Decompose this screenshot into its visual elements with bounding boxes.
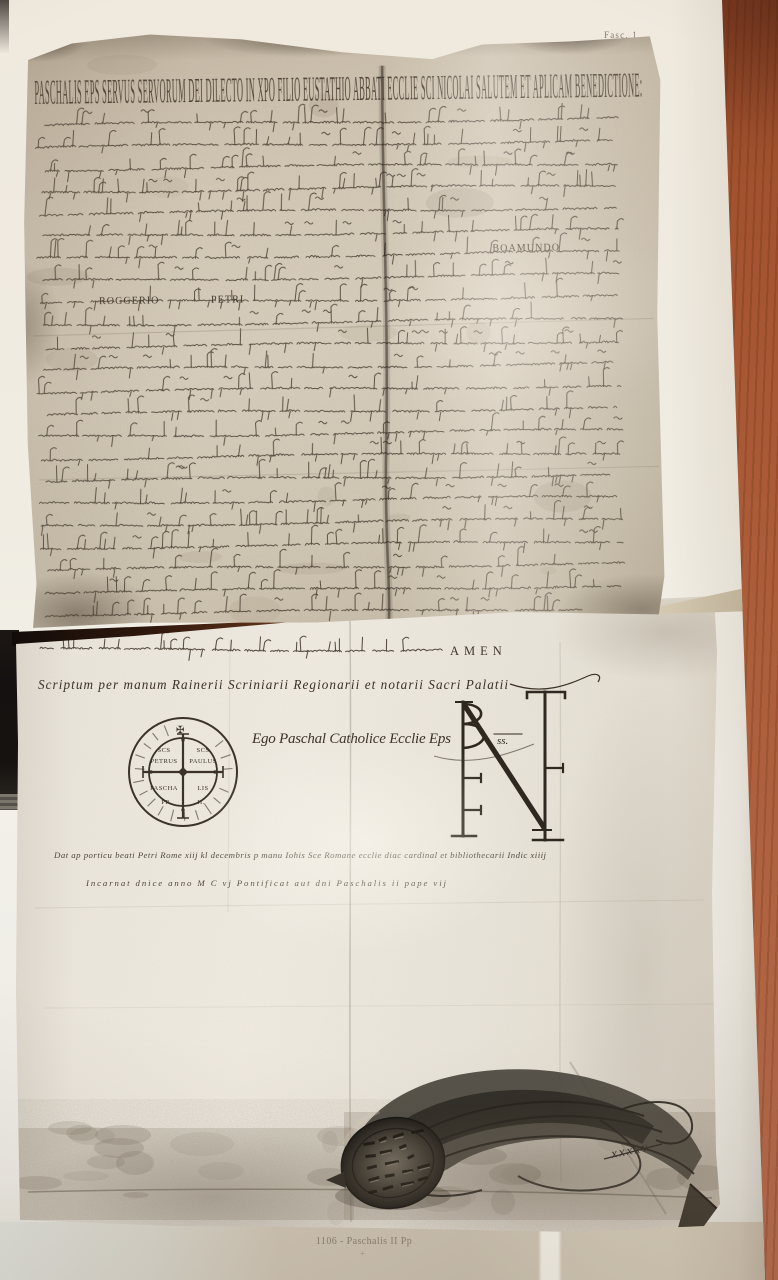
- rota-seal-sign: SCSPETRUSSCSPAULUSPASCHALISPP.II.✠: [129, 718, 237, 826]
- rota-label: LIS: [197, 785, 208, 792]
- plate-gap-shadow: [0, 630, 19, 796]
- rota-label: PETRUS: [151, 758, 178, 765]
- plate-mark: [149, 770, 152, 773]
- page-edge-streaks: [0, 794, 19, 810]
- facsimile-plate-upper: PASCHALIS EPS SERVUS SERVORUM DEI DILECT…: [10, 16, 669, 632]
- papal-subscription: Ego Paschal Catholice Ecclie Eps: [251, 731, 452, 747]
- rota-ring-letter: [224, 769, 233, 770]
- capital-word: ROGGERIO: [99, 295, 160, 307]
- monogram-superscript: ss.: [497, 735, 508, 747]
- rota-label: SCS: [158, 747, 171, 754]
- rota-label: PASCHA: [150, 785, 178, 792]
- datum-line: Incarnat dnice anno M C vj Pontificat au…: [85, 878, 447, 888]
- book-page-bottom-band: [0, 1222, 778, 1280]
- protocol-line: PASCHALIS EPS SERVUS SERVORUM DEI DILECT…: [34, 65, 642, 112]
- caption-mark: +: [360, 1249, 365, 1258]
- capital-word: BOAMUNDO: [492, 243, 560, 255]
- scriptum-line: Scriptum per manum Rainerii Scriniarii R…: [38, 677, 508, 692]
- book-page: Fasc. 1 AMENScriptum per manum Rainerii …: [0, 0, 778, 1280]
- lower-plate-drawing: AMENScriptum per manum Rainerii Scriniar…: [14, 592, 720, 1238]
- photo-scene: Fasc. 1 AMENScriptum per manum Rainerii …: [0, 0, 778, 1280]
- amen-word: AMEN: [450, 644, 507, 658]
- plate-mark: [181, 808, 184, 811]
- plate-mark: [213, 770, 216, 773]
- plate-mark: [181, 738, 184, 741]
- rota-label: PAULUS: [189, 758, 216, 765]
- plate-caption: 1106 - Paschalis II Pp: [252, 1236, 476, 1247]
- rota-cross-symbol: ✠: [176, 725, 184, 736]
- rota-label: SCS: [197, 747, 210, 754]
- facsimile-plate-lower: AMENScriptum per manum Rainerii Scriniar…: [14, 592, 720, 1238]
- upper-plate-drawing: PASCHALIS EPS SERVUS SERVORUM DEI DILECT…: [10, 16, 669, 632]
- page-corner-shadow: [0, 0, 9, 54]
- rota-label: II.: [197, 799, 204, 806]
- capital-word: PETRI: [211, 294, 244, 305]
- bulla-inscription: [368, 1191, 377, 1193]
- rota-label: PP.: [161, 799, 170, 806]
- manuscript-text: PASCHALIS EPS SERVUS SERVORUM DEI DILECT…: [34, 65, 642, 112]
- rota-ring-letter: [135, 769, 145, 770]
- datum-line: Dat ap porticu beati Petri Rome xiij kl …: [53, 850, 547, 860]
